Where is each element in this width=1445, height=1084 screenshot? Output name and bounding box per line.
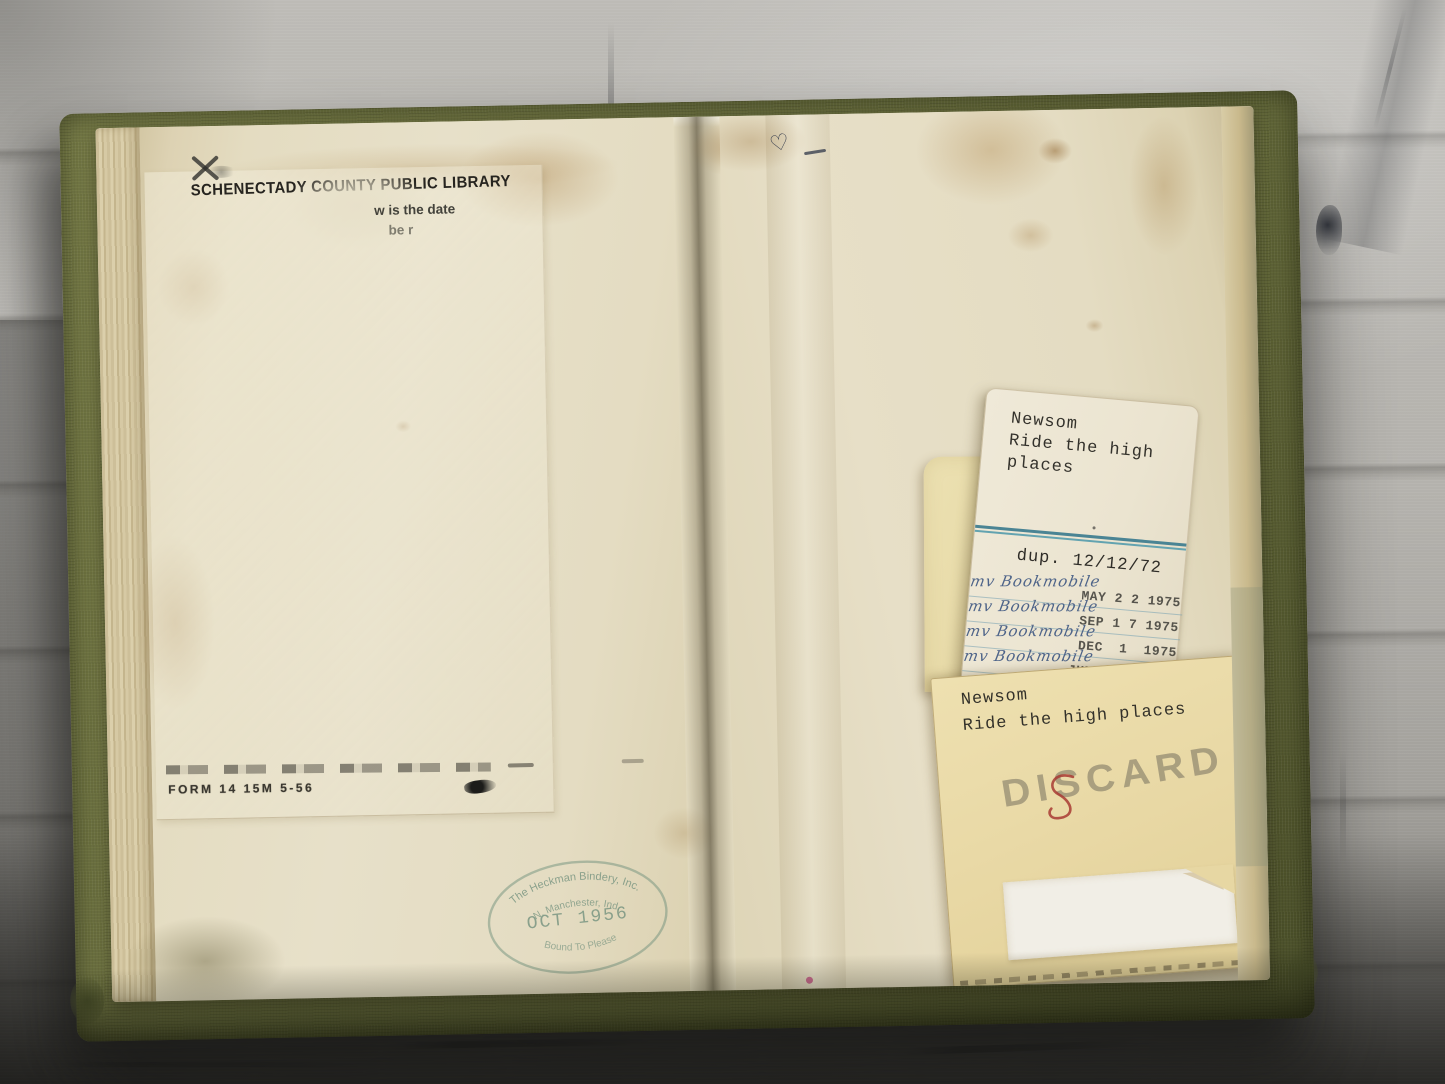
form-number: FORM 14 15M 5-56 (168, 781, 314, 797)
book-cover: SCHENECTADY COUNTY PUBLIC LIBRARY w is t… (59, 90, 1315, 1042)
fore-edge-tint (1231, 587, 1268, 867)
blank-label (1003, 865, 1238, 960)
ink-smudge-dash (508, 763, 534, 767)
page-crease (765, 114, 846, 989)
photo-open-library-book: SCHENECTADY COUNTY PUBLIC LIBRARY w is t… (0, 0, 1445, 1084)
discard-stamp: DISCARD (999, 738, 1229, 817)
left-endpaper-page: SCHENECTADY COUNTY PUBLIC LIBRARY w is t… (139, 117, 690, 1001)
stamp-text-fragment: be r (388, 222, 413, 237)
red-pen-scribble (1043, 770, 1085, 825)
card-double-rule (975, 525, 1187, 551)
ink-smudge-dash (622, 759, 644, 763)
foxing-stain (1085, 319, 1103, 332)
pasted-library-form (144, 165, 554, 821)
book-pocket: Newsom Ride the high places DISCARD (930, 655, 1263, 989)
right-endpaper-page: ♡ NewsomRide the highplaces dup. 12/12/7… (719, 107, 1238, 990)
svg-text:Bound To Please: Bound To Please (542, 932, 620, 957)
ink-speck (1092, 526, 1095, 529)
card-title-block: NewsomRide the highplaces (1008, 409, 1012, 453)
foxing-stain (1038, 138, 1072, 165)
open-pages: SCHENECTADY COUNTY PUBLIC LIBRARY w is t… (95, 106, 1270, 1002)
foxing-stain (1007, 218, 1054, 253)
bindery-stamp-motto: Bound To Please (542, 932, 620, 957)
foxing-stain (1127, 115, 1200, 256)
stamp-text-fragment: w is the date (374, 201, 455, 218)
pocket-author: Newsom (960, 686, 1028, 710)
card-title-line2: places (1006, 452, 1075, 480)
